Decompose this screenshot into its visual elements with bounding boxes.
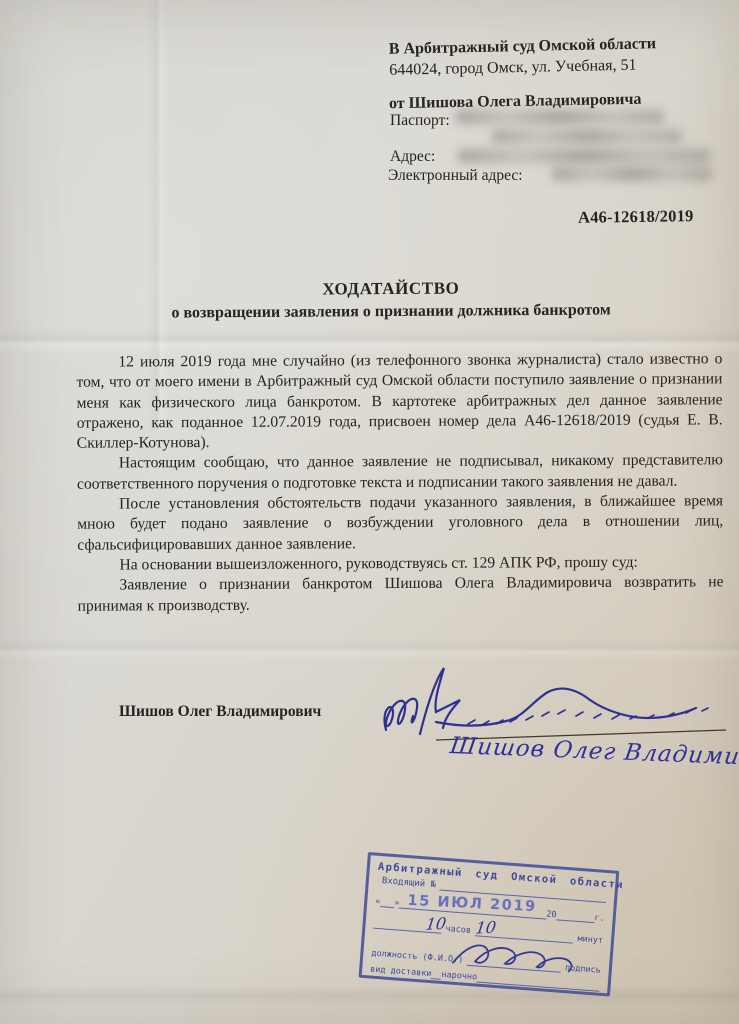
paragraph: Заявление о признании банкротом Шишова О…	[77, 573, 723, 617]
email-label: Электронный адрес:	[388, 167, 523, 185]
minutes-label: минут	[577, 934, 603, 946]
redaction-blur-email	[552, 167, 712, 181]
blank-line	[556, 910, 595, 923]
paragraph: После установления обстоятельств подачи …	[77, 491, 723, 555]
paragraph: Настоящим сообщаю, что данное заявление …	[77, 451, 723, 495]
signature-ink	[378, 660, 734, 746]
redaction-blur-passport-1	[456, 110, 664, 124]
paragraph: 12 июля 2019 года мне случайно (из телеф…	[76, 349, 723, 454]
address-label: Адрес:	[390, 148, 435, 166]
handwritten-hours: 10	[425, 914, 448, 934]
court-address-block: В Арбитражный суд Омской области 644024,…	[389, 33, 657, 81]
blank-line	[380, 897, 395, 908]
paper-crease	[0, 986, 739, 1006]
court-address: 644024, город Омск, ул. Учебная, 51	[389, 54, 657, 81]
document-body: 12 июля 2019 года мне случайно (из телеф…	[76, 349, 723, 616]
title-block: ХОДАТАЙСТВО о возвращении заявления о пр…	[55, 277, 727, 324]
passport-label: Паспорт:	[390, 112, 450, 130]
year-suffix: г.	[594, 913, 605, 924]
document-photo: В Арбитражный суд Омской области 644024,…	[0, 0, 739, 1024]
paper-crease	[0, 638, 739, 660]
delivery-value: нарочно	[441, 970, 477, 983]
redaction-blur-passport-2	[492, 130, 682, 143]
case-number: А46-12618/2019	[578, 206, 694, 228]
redaction-blur-address	[458, 149, 710, 163]
document-title: ХОДАТАЙСТВО	[55, 277, 727, 302]
signatory-printed-name: Шишов Олег Владимирович	[119, 703, 321, 721]
delivery-label: вид доставки	[370, 965, 432, 980]
incoming-number-label: Входящий №	[381, 876, 436, 890]
document-subtitle: о возвращении заявления о признании долж…	[55, 301, 727, 324]
court-intake-stamp: Арбитражный суд Омской области Входящий …	[359, 852, 620, 997]
